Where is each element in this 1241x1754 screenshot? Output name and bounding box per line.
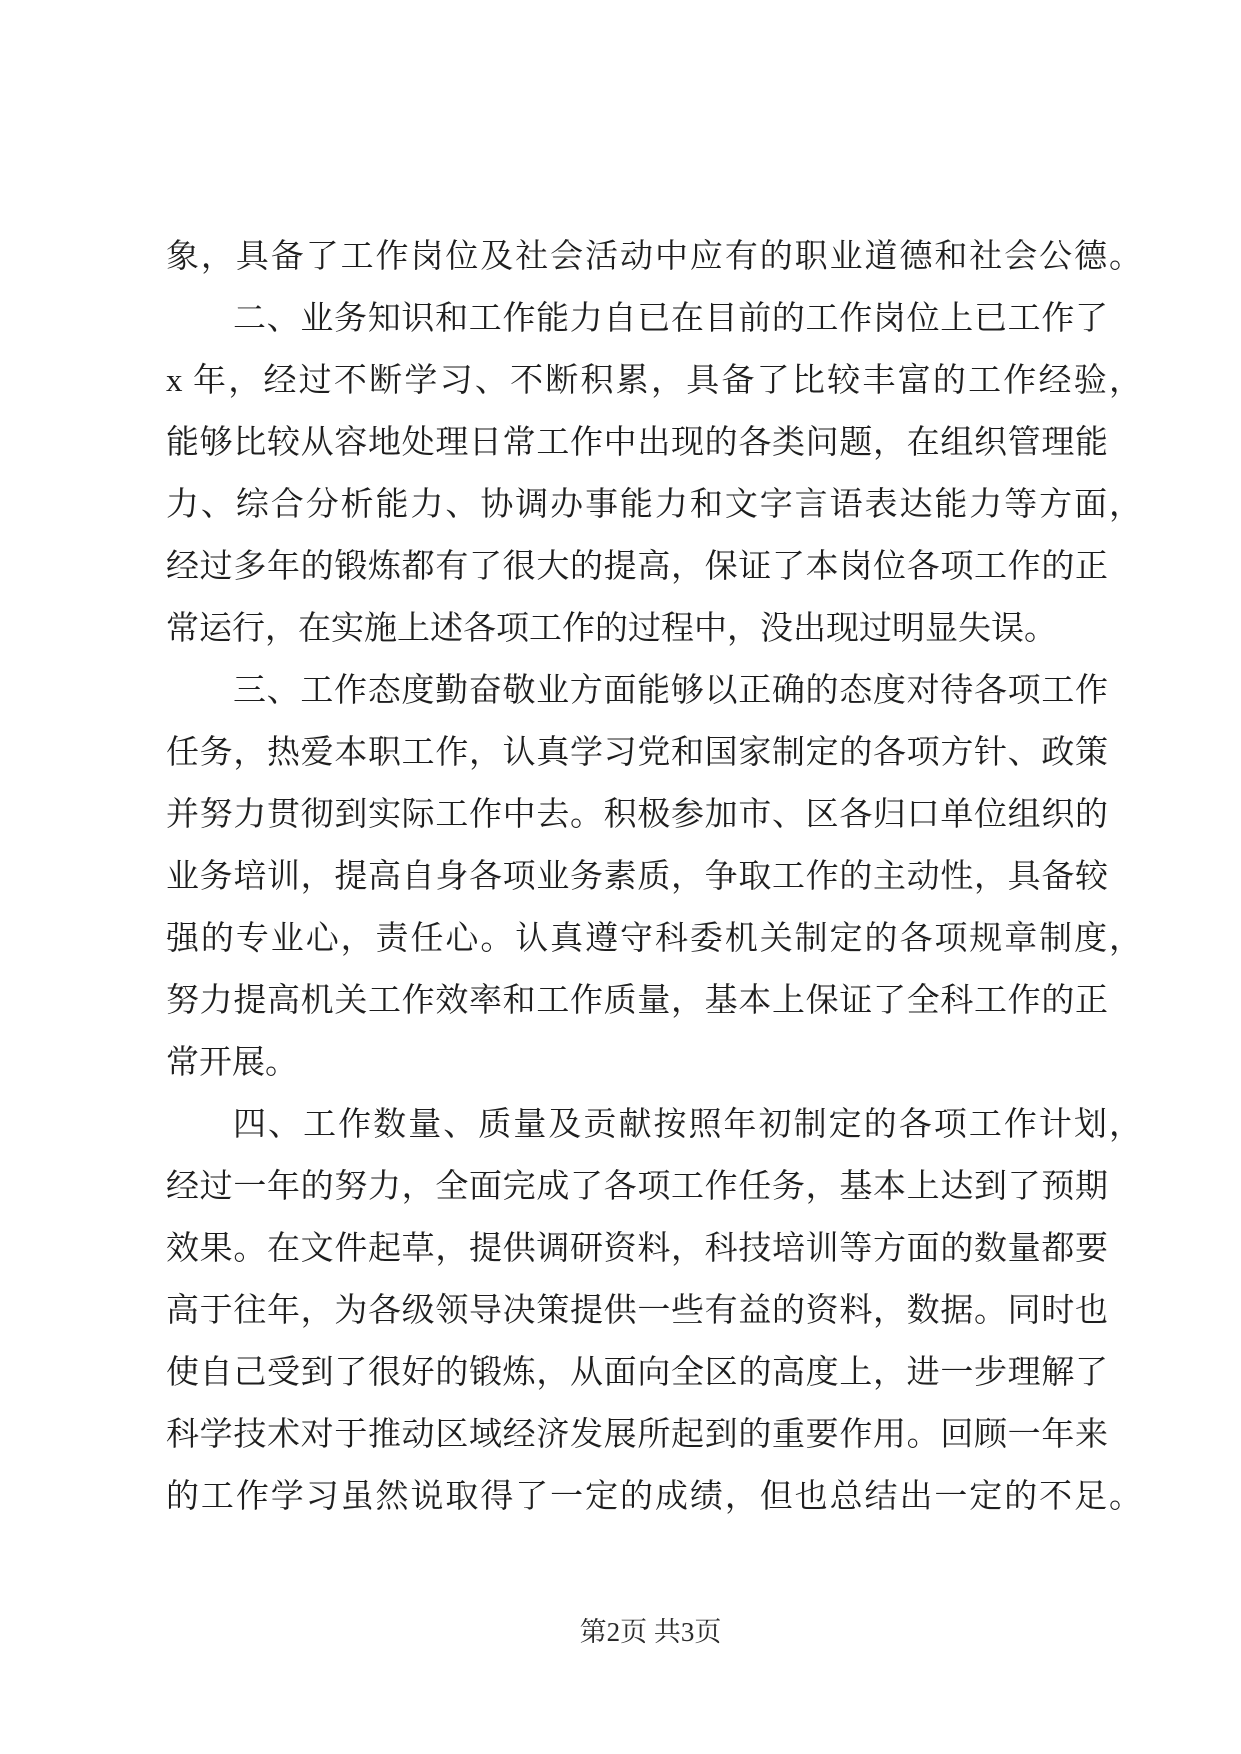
text-line: 并努力贯彻到实际工作中去。积极参加市、区各归口单位组织的	[166, 784, 1108, 846]
text-line: 业务培训，提高自身各项业务素质，争取工作的主动性，具备较	[166, 846, 1108, 908]
text-line: 能够比较从容地处理日常工作中出现的各类问题，在组织管理能	[166, 412, 1108, 474]
text-line: 常开展。	[166, 1032, 1108, 1094]
text-line: 科学技术对于推动区域经济发展所起到的重要作用。回顾一年来	[166, 1404, 1108, 1466]
document-page: 象，具备了工作岗位及社会活动中应有的职业道德和社会公德。 二、业务知识和工作能力…	[0, 0, 1241, 1754]
text-line: 经过多年的锻炼都有了很大的提高，保证了本岗位各项工作的正	[166, 536, 1108, 598]
text-line: 任务，热爱本职工作，认真学习党和国家制定的各项方针、政策	[166, 722, 1108, 784]
text-line: 三、工作态度勤奋敬业方面能够以正确的态度对待各项工作	[166, 660, 1108, 722]
text-line: 高于往年，为各级领导决策提供一些有益的资料，数据。同时也	[166, 1280, 1108, 1342]
text-line: 象，具备了工作岗位及社会活动中应有的职业道德和社会公德。	[166, 226, 1142, 288]
text-line: 二、业务知识和工作能力自已在目前的工作岗位上已工作了	[166, 288, 1108, 350]
document-body: 象，具备了工作岗位及社会活动中应有的职业道德和社会公德。 二、业务知识和工作能力…	[166, 226, 1142, 1528]
text-line: 经过一年的努力，全面完成了各项工作任务，基本上达到了预期	[166, 1156, 1108, 1218]
text-line: 使自己受到了很好的锻炼，从面向全区的高度上，进一步理解了	[166, 1342, 1108, 1404]
text-line: 四、工作数量、质量及贡献按照年初制定的各项工作计划，	[166, 1094, 1142, 1156]
text-line: 努力提高机关工作效率和工作质量，基本上保证了全科工作的正	[166, 970, 1108, 1032]
text-line: 力、综合分析能力、协调办事能力和文字言语表达能力等方面，	[166, 474, 1142, 536]
text-line: 强的专业心，责任心。认真遵守科委机关制定的各项规章制度，	[166, 908, 1142, 970]
page-footer: 第2页 共3页	[30, 1612, 1241, 1652]
text-line: 常运行，在实施上述各项工作的过程中，没出现过明显失误。	[166, 598, 1108, 660]
text-line: 的工作学习虽然说取得了一定的成绩，但也总结出一定的不足。	[166, 1466, 1142, 1528]
text-line: x 年，经过不断学习、不断积累，具备了比较丰富的工作经验，	[166, 350, 1142, 412]
text-line: 效果。在文件起草，提供调研资料，科技培训等方面的数量都要	[166, 1218, 1108, 1280]
